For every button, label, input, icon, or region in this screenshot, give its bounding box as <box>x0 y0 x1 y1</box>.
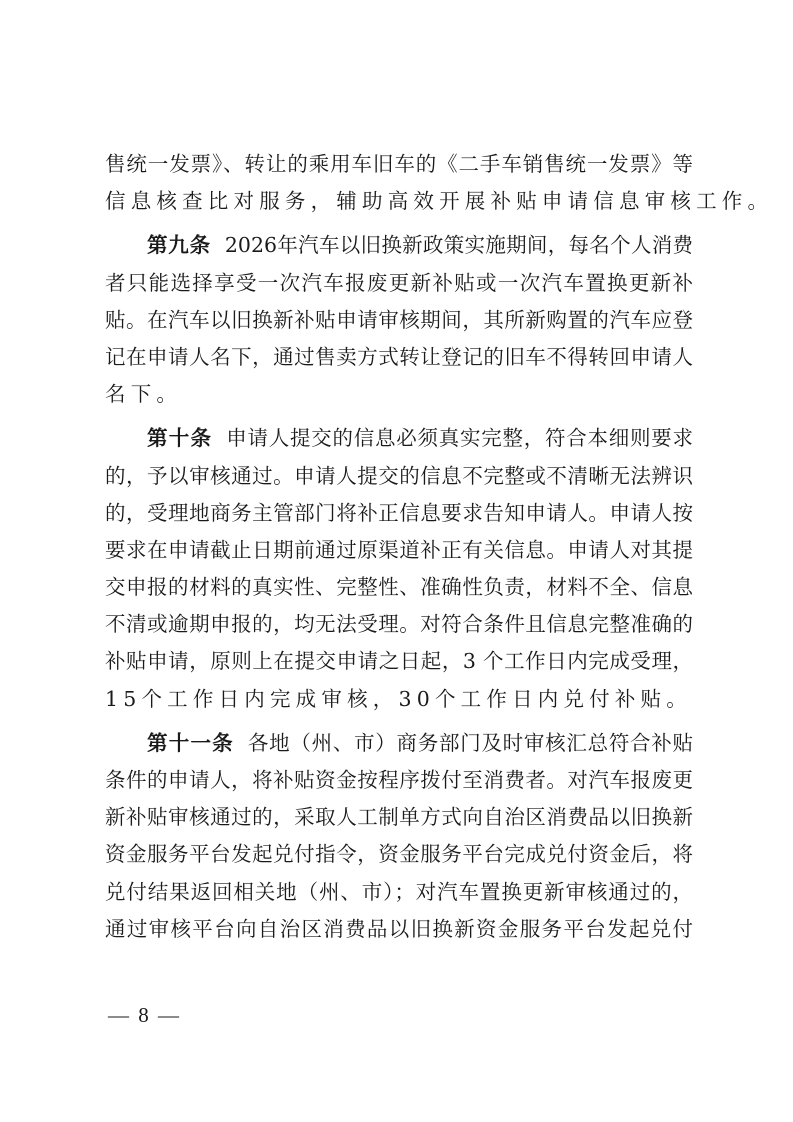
text-line: 通过审核平台向自治区消费品以旧换新资金服务平台发起兑付 <box>105 911 693 948</box>
text-line: 第九条2026年汽车以旧换新政策实施期间，每名个人消费 <box>105 227 693 264</box>
text-line: 15个工作日内完成审核，30个工作日内兑付补贴。 <box>105 681 693 718</box>
text-line: 条件的申请人，将补贴资金按程序拨付至消费者。对汽车报废更 <box>105 762 693 799</box>
document-body: 售统一发票》、转让的乘用车旧车的《二手车销售统一发票》等 信息核查比对服务，辅助… <box>105 146 693 948</box>
article-text: 申请人提交的信息必须真实完整，符合本细则要求 <box>226 426 693 450</box>
text-line: 贴。在汽车以旧换新补贴申请审核期间，其所新购置的汽车应登 <box>105 302 693 339</box>
text-line: 兑付结果返回相关地（州、市）；对汽车置换更新审核通过的， <box>105 874 693 911</box>
article-label: 第十一条 <box>147 731 234 755</box>
text-line: 新补贴审核通过的，采取人工制单方式向自治区消费品以旧换新 <box>105 799 693 836</box>
document-page: 售统一发票》、转让的乘用车旧车的《二手车销售统一发票》等 信息核查比对服务，辅助… <box>0 0 793 1122</box>
text-line: 要求在申请截止日期前通过原渠道补正有关信息。申请人对其提 <box>105 532 693 569</box>
article-label: 第十条 <box>147 426 212 450</box>
text-line: 不清或逾期申报的，均无法受理。对符合条件且信息完整准确的 <box>105 606 693 643</box>
text-line: 记在申请人名下，通过售卖方式转让登记的旧车不得转回申请人 <box>105 339 693 376</box>
text-line: 第十条申请人提交的信息必须真实完整，符合本细则要求 <box>105 420 693 457</box>
text-line: 的，受理地商务主管部门将补正信息要求告知申请人。申请人按 <box>105 495 693 532</box>
text-line: 者只能选择享受一次汽车报废更新补贴或一次汽车置换更新补 <box>105 265 693 302</box>
text-line: 补贴申请，原则上在提交申请之日起，3 个工作日内完成受理， <box>105 643 693 680</box>
article-text: 各地（州、市）商务部门及时审核汇总符合补贴 <box>248 731 693 755</box>
text-line: 交申报的材料的真实性、完整性、准确性负责，材料不全、信息 <box>105 569 693 606</box>
article-text: 2026年汽车以旧换新政策实施期间，每名个人消费 <box>225 233 693 257</box>
paragraph-article-11: 第十一条各地（州、市）商务部门及时审核汇总符合补贴 条件的申请人，将补贴资金按程… <box>105 725 693 948</box>
text-line: 资金服务平台发起兑付指令，资金服务平台完成兑付资金后，将 <box>105 836 693 873</box>
text-line: 信息核查比对服务，辅助高效开展补贴申请信息审核工作。 <box>105 183 693 220</box>
article-label: 第九条 <box>147 233 211 257</box>
paragraph-article-9: 第九条2026年汽车以旧换新政策实施期间，每名个人消费 者只能选择享受一次汽车报… <box>105 227 693 413</box>
text-line: 名下。 <box>105 376 693 413</box>
text-line: 第十一条各地（州、市）商务部门及时审核汇总符合补贴 <box>105 725 693 762</box>
text-line: 的，予以审核通过。申请人提交的信息不完整或不清晰无法辨识 <box>105 458 693 495</box>
page-number: — 8 — <box>108 1003 181 1028</box>
paragraph-continuation: 售统一发票》、转让的乘用车旧车的《二手车销售统一发票》等 信息核查比对服务，辅助… <box>105 146 693 220</box>
text-line: 售统一发票》、转让的乘用车旧车的《二手车销售统一发票》等 <box>105 146 693 183</box>
paragraph-article-10: 第十条申请人提交的信息必须真实完整，符合本细则要求 的，予以审核通过。申请人提交… <box>105 420 693 718</box>
